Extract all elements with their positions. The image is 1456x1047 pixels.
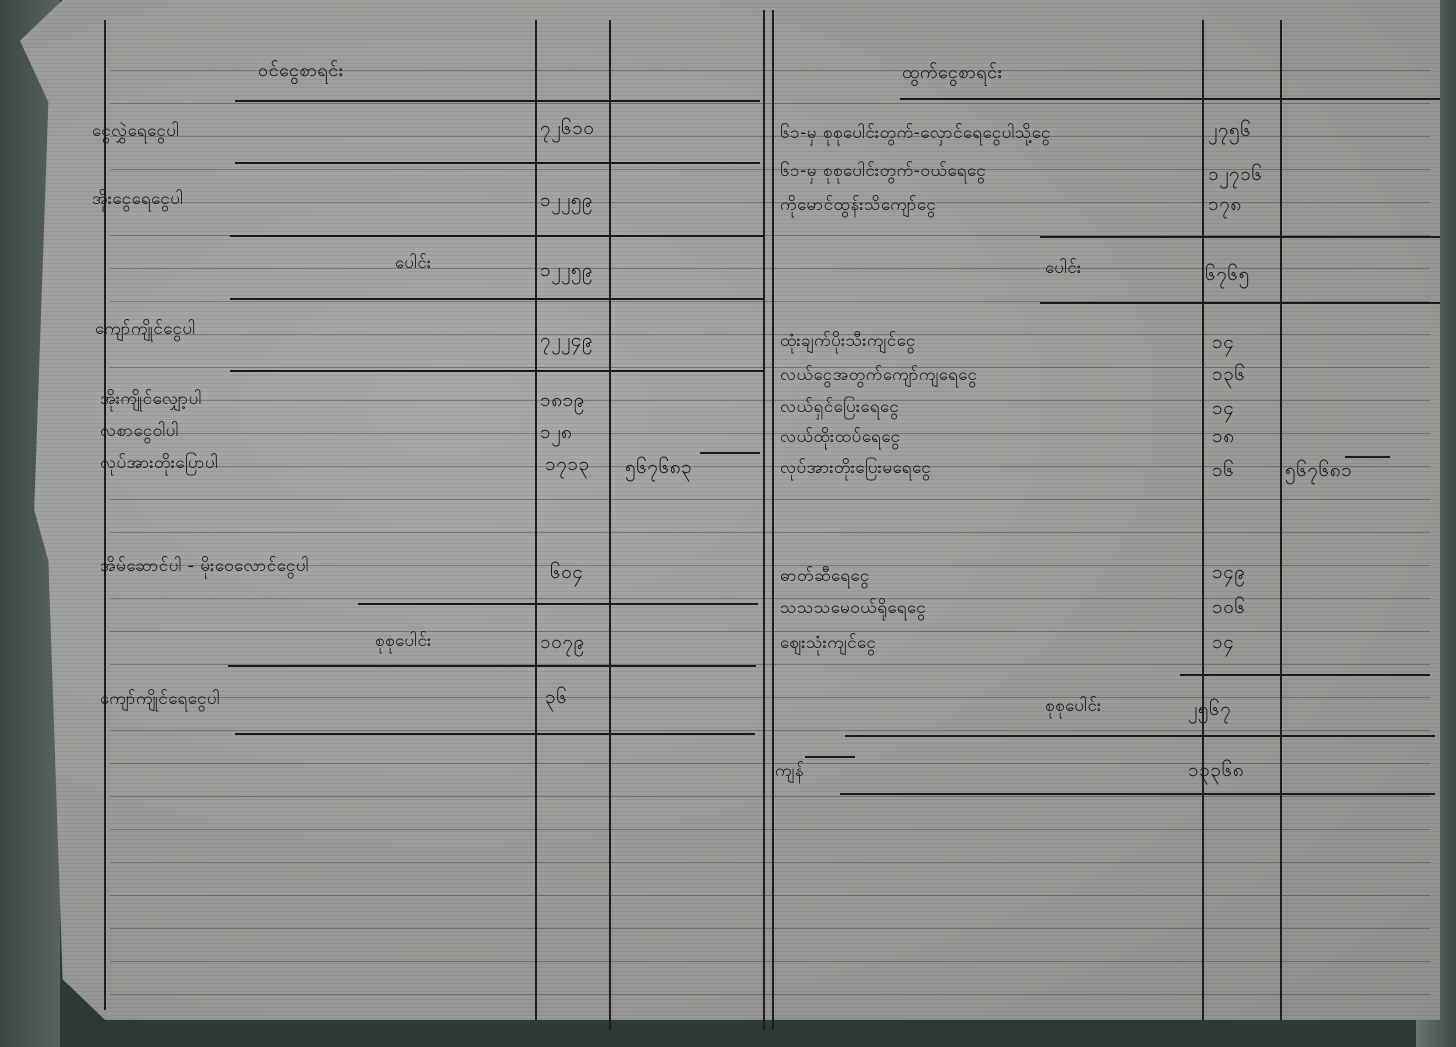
right-subtotal-label: စုစုပေါင်း [1045,695,1102,720]
right-entry-label: သသသမေဝယ်ရိုရေငွေ [780,597,926,622]
left-entry-label: အိမ်ဆောင်ပါ - မိုးဝေလောင်ငွေပါ [100,555,309,580]
left-running-total-rule [700,452,760,454]
left-entry-amount: ၇၂၆၁၀ [540,116,595,144]
right-balance-label: ကျန် [775,760,804,785]
right-subtotal-amount: ၂၅၆၇ [1188,697,1231,725]
right-total-col-rule [1280,20,1282,1020]
left-subtotal-amount: ၁၀၇၉ [540,630,585,658]
right-entry-label: ထုံးချက်ပိုးသီးကျင်ငွေ [780,330,916,355]
left-rule [235,162,760,164]
right-entry-amount: ၁၄ [1212,396,1234,424]
left-entry-label: အိုးငွေရေငွေပါ [92,188,183,213]
right-header-rule [900,98,1440,100]
guide-line [110,895,1430,896]
right-balance-amount: ၁၃၃၆၈ [1188,758,1244,786]
left-amount-col-rule [535,20,537,1020]
guide-line [110,499,1430,500]
guide-line [110,928,1430,929]
left-subtotal-label: စုစုပေါင်း [375,630,432,655]
right-rule [840,793,1435,795]
center-fold-rule-a [763,10,765,1030]
right-subtotal-label: ပေါင်း [1045,257,1082,282]
left-entry-label: အိုးကျိုင်လျှော့ပါ [100,388,202,413]
guide-line [110,829,1430,830]
left-entry-label: ငွေလွှဲရေငွေပါ [92,120,179,145]
right-subtotal-amount: ၆၇၆၅ [1205,262,1250,290]
left-margin-rule [104,20,106,1010]
left-entry-amount: ၇၂၂၄၉ [540,328,593,356]
ledger-paper [20,0,1440,1020]
right-rule [1180,674,1430,676]
right-entry-amount: ၁၄၉ [1212,560,1246,588]
left-rule [228,665,756,667]
right-amount-col-rule [1202,20,1204,1020]
center-fold-rule-b [772,10,774,1030]
left-entry-amount: ၁၇၁၃ [545,452,590,480]
left-rule [230,235,765,237]
right-running-total: ၅၆၇၆၈၁ [1285,458,1352,486]
right-entry-label: ဈေးသုံးကျင်ငွေ [780,632,876,657]
right-page-header: ထွက်ငွေစာရင်း [902,60,1002,87]
right-entry-amount: ၁၃၆ [1212,362,1246,390]
left-entry-label: ကျော်ကျိုင်ရေငွေပါ [100,688,220,713]
left-rule [230,298,765,300]
right-entry-label: လယ်ရှင်ပြေးရေငွေ [780,396,899,421]
left-rule [358,603,758,605]
left-page-header: ဝင်ငွေစာရင်း [258,58,343,85]
left-entry-label: လစာငွေဝါပါ [100,420,179,445]
guide-line [110,994,1430,995]
right-entry-amount: ၁၈ [1212,424,1235,452]
guide-line [110,730,1430,731]
right-entry-label: လုပ်အားတိုးပြေးမရေငွေ [780,457,931,482]
guide-line [110,961,1430,962]
guide-line [110,697,1430,698]
right-entry-label: ၆၁-မှ စုစုပေါင်းတွက်-လှောင်ရေငွေပါသို့ငွ… [780,122,1051,147]
left-entry-amount: ၆၀၄ [550,560,584,588]
right-rule [1040,302,1440,304]
right-entry-amount: ၁၄ [1212,630,1234,658]
right-balance-label-rule [805,756,855,758]
right-entry-amount: ၁၀၆ [1212,595,1246,623]
left-rule [235,733,755,735]
left-entry-amount: ၁၂၈ [540,420,572,448]
left-running-total: ၅၆၇၆၈၃ [625,455,692,483]
left-rule [230,370,765,372]
right-entry-amount: ၂၇၅၆ [1208,118,1251,146]
right-entry-amount: ၁၄ [1212,330,1234,358]
right-entry-amount: ၁၂၇၁၆ [1208,162,1263,190]
right-running-total-rule [1345,456,1390,458]
right-entry-amount: ၁၇၈ [1208,192,1242,220]
right-rule [845,735,1435,737]
left-subtotal-amount: ၁၂၂၅၉ [540,258,593,286]
left-total-col-rule [609,20,611,1030]
left-entry-label: လုပ်အားတိုးပြောပါ [100,452,218,477]
left-entry-label: ကျော်ကျိုင်ငွေပါ [95,318,196,343]
right-entry-label: ဓာတ်ဆီရေငွေ [780,565,870,590]
left-header-rule [235,100,760,102]
right-entry-amount: ၁၆ [1212,458,1234,486]
guide-line [110,532,1430,533]
right-rule [1040,236,1440,238]
guide-line [110,103,1430,104]
left-subtotal-label: ပေါင်း [395,252,432,277]
guide-line [110,862,1430,863]
right-entry-label: လယ်ထိုးထပ်ရေငွေ [780,426,900,451]
guide-line [110,796,1430,797]
right-entry-label: ၆၁-မှ စုစုပေါင်းတွက်-ဝယ်ရေငွေ [780,160,986,185]
right-entry-label: ကိုမောင်ထွန်းသိကျော်ငွေ [780,194,936,219]
left-entry-amount: ၃၆ [545,685,567,713]
left-entry-amount: ၁၂၂၅၉ [540,188,593,216]
left-entry-amount: ၁၈၁၉ [540,388,585,416]
right-entry-label: လယ်ငွေအတွက်ကျော်ကျရေငွေ [780,364,977,389]
